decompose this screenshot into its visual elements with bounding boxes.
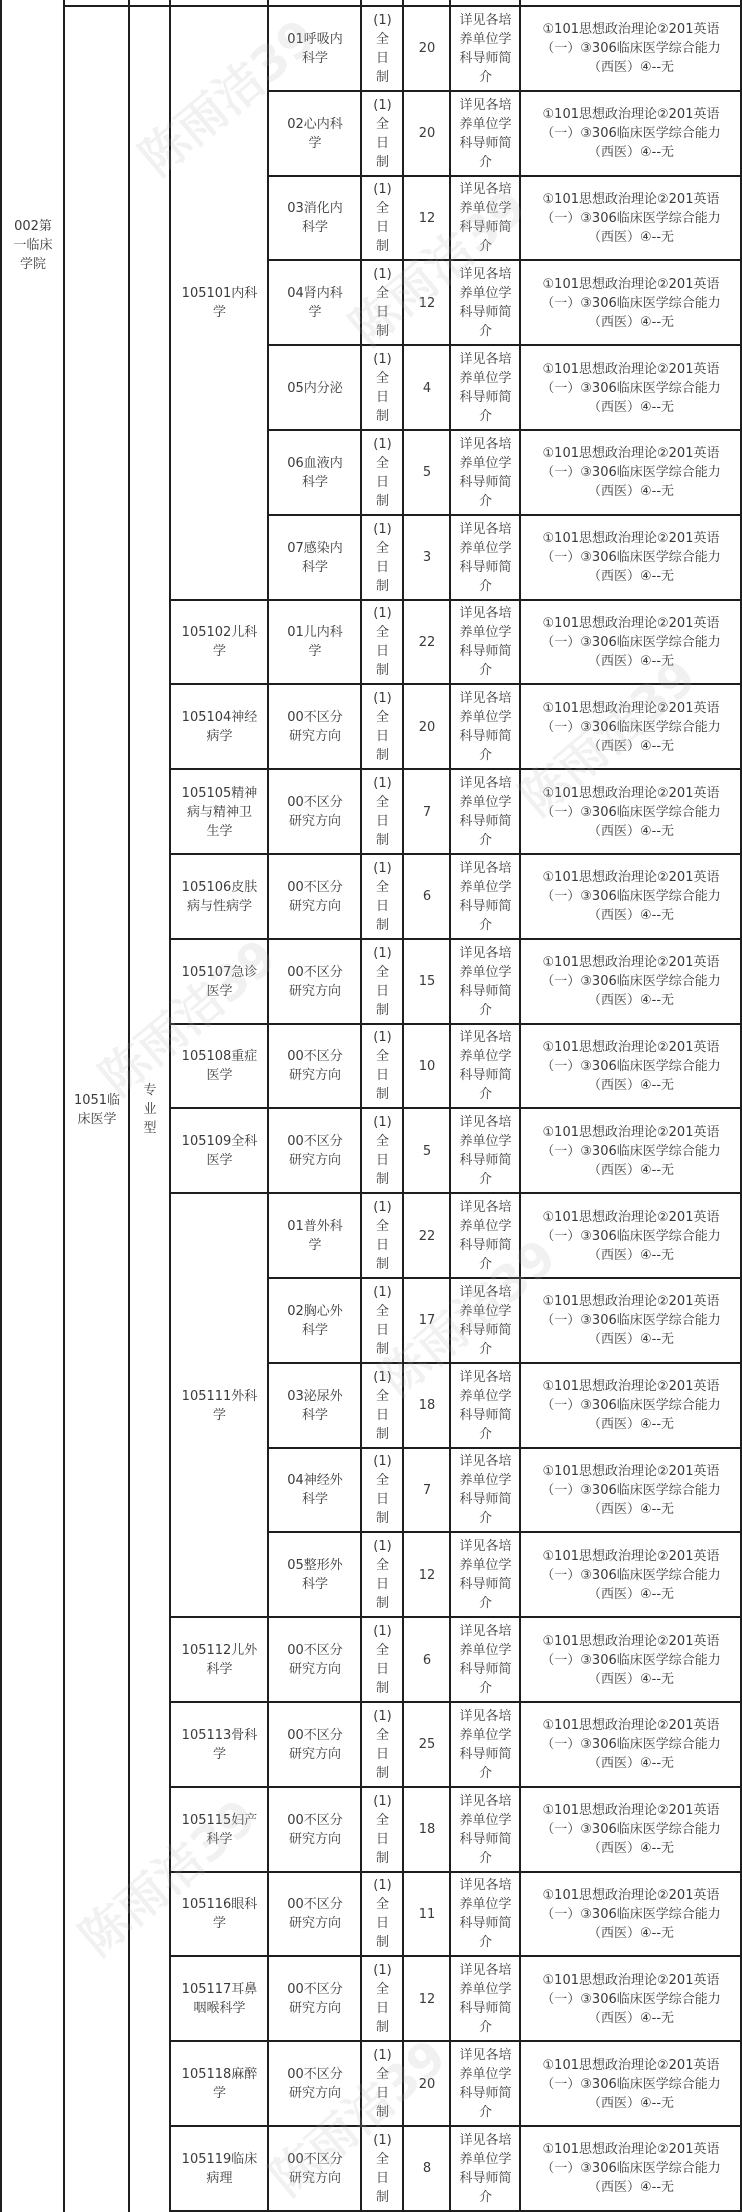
text-line: ①101思想政治理论②201英语 bbox=[543, 1971, 720, 1990]
quota-cell: 15 bbox=[404, 940, 450, 1024]
text-line: （一）③306临床医学综合能力 bbox=[541, 1057, 720, 1076]
text-line: (1) bbox=[373, 1368, 391, 1387]
text-line: ①101思想政治理论②201英语 bbox=[543, 1547, 720, 1566]
text-line: 详见各培 bbox=[459, 350, 511, 369]
direction-cell: 01普外科学 bbox=[269, 1194, 361, 1278]
text-line: 科导师简 bbox=[459, 812, 511, 831]
text-line: 介 bbox=[479, 1679, 492, 1698]
direction-cell: 00不区分研究方向 bbox=[269, 1788, 361, 1872]
supervisor-cell: 详见各培养单位学科导师简介 bbox=[451, 2127, 520, 2211]
quota-value: 12 bbox=[419, 209, 436, 228]
text-lines: 详见各培养单位学科导师简介 bbox=[459, 350, 511, 426]
text-line: （西医）④--无 bbox=[588, 58, 674, 77]
text-line: 105109全科 bbox=[182, 1132, 258, 1151]
text-lines: ①101思想政治理论②201英语（一）③306临床医学综合能力（西医）④--无 bbox=[541, 1038, 720, 1095]
quota-value: 10 bbox=[419, 1057, 436, 1076]
text-lines: 详见各培养单位学科导师简介 bbox=[459, 96, 511, 172]
study-mode-cell: (1)全日制 bbox=[362, 261, 403, 345]
text-line: 科导师简 bbox=[459, 1236, 511, 1255]
study-mode-cell: (1)全日制 bbox=[362, 685, 403, 769]
text-lines: 00不区分研究方向 bbox=[287, 1811, 343, 1849]
text-lines: (1)全日制 bbox=[373, 1537, 391, 1613]
text-line: ①101思想政治理论②201英语 bbox=[543, 2140, 720, 2159]
text-line: ①101思想政治理论②201英语 bbox=[543, 190, 720, 209]
text-lines: 专业型 bbox=[143, 1081, 156, 1138]
text-lines: 详见各培养单位学科导师简介 bbox=[459, 1537, 511, 1613]
text-line: 养单位学 bbox=[459, 539, 511, 558]
text-line: 养单位学 bbox=[459, 1217, 511, 1236]
text-line: (1) bbox=[373, 1622, 391, 1641]
text-line: 研究方向 bbox=[289, 1745, 341, 1764]
text-line: 科学 bbox=[302, 218, 328, 237]
text-line: 日 bbox=[376, 2084, 389, 2103]
text-lines: 详见各培养单位学科导师简介 bbox=[459, 11, 511, 87]
direction-cell: 01呼吸内科学 bbox=[269, 7, 361, 91]
text-line: 日 bbox=[376, 812, 389, 831]
major-cell: 105106皮肤病与性病学 bbox=[171, 855, 268, 939]
text-line: 科导师简 bbox=[459, 1745, 511, 1764]
text-line: 病与性病学 bbox=[187, 897, 252, 916]
text-line: 科导师简 bbox=[459, 1830, 511, 1849]
text-line: 105108重症 bbox=[182, 1047, 258, 1066]
text-line: 详见各培 bbox=[459, 1707, 511, 1726]
text-line: 详见各培 bbox=[459, 689, 511, 708]
quota-cell: 22 bbox=[404, 601, 450, 685]
quota-cell: 12 bbox=[404, 1533, 450, 1617]
text-lines: 00不区分研究方向 bbox=[287, 2065, 343, 2103]
text-lines: 01普外科学 bbox=[287, 1217, 343, 1255]
text-lines: ①101思想政治理论②201英语（一）③306临床医学综合能力（西医）④--无 bbox=[541, 2056, 720, 2113]
text-line: （西医）④--无 bbox=[588, 1076, 674, 1095]
text-line: 00不区分 bbox=[287, 2150, 343, 2169]
text-line: 制 bbox=[376, 1255, 389, 1274]
text-line: 科导师简 bbox=[459, 1321, 511, 1340]
exam-subjects-cell: ①101思想政治理论②201英语（一）③306临床医学综合能力（西医）④--无 bbox=[521, 516, 741, 600]
text-line: 全 bbox=[376, 454, 389, 473]
text-lines: (1)全日制 bbox=[373, 520, 391, 596]
text-line: 学 bbox=[213, 1745, 226, 1764]
text-line: （一）③306临床医学综合能力 bbox=[541, 972, 720, 991]
text-line: 制 bbox=[376, 153, 389, 172]
text-line: （西医）④--无 bbox=[588, 652, 674, 671]
text-line: ①101思想政治理论②201英语 bbox=[543, 1462, 720, 1481]
text-lines: 02胸心外科学 bbox=[287, 1302, 343, 1340]
supervisor-cell: 详见各培养单位学科导师简介 bbox=[451, 1194, 520, 1278]
text-line: ①101思想政治理论②201英语 bbox=[543, 360, 720, 379]
quota-value: 20 bbox=[419, 39, 436, 58]
text-line: 科导师简 bbox=[459, 1660, 511, 1679]
study-mode-cell: (1)全日制 bbox=[362, 431, 403, 515]
text-line: 介 bbox=[479, 1849, 492, 1868]
exam-subjects-cell: ①101思想政治理论②201英语（一）③306临床医学综合能力（西医）④--无 bbox=[521, 177, 741, 261]
text-line: 00不区分 bbox=[287, 1980, 343, 1999]
text-line: 1051临 bbox=[74, 1091, 120, 1110]
text-line: ①101思想政治理论②201英语 bbox=[543, 275, 720, 294]
major-cell: 105113骨科学 bbox=[171, 1703, 268, 1787]
exam-subjects-cell: ①101思想政治理论②201英语（一）③306临床医学综合能力（西医）④--无 bbox=[521, 431, 741, 515]
text-line: （西医）④--无 bbox=[588, 1500, 674, 1519]
quota-value: 20 bbox=[419, 718, 436, 737]
quota-cell: 20 bbox=[404, 92, 450, 176]
study-mode-cell: (1)全日制 bbox=[362, 346, 403, 430]
exam-subjects-cell: ①101思想政治理论②201英语（一）③306临床医学综合能力（西医）④--无 bbox=[521, 1109, 741, 1193]
text-line: 研究方向 bbox=[289, 1914, 341, 1933]
text-lines: 05内分泌 bbox=[287, 379, 343, 398]
text-line: (1) bbox=[373, 520, 391, 539]
direction-cell: 05整形外科学 bbox=[269, 1533, 361, 1617]
text-lines: 002第一临床学院 bbox=[13, 217, 52, 274]
text-lines: (1)全日制 bbox=[373, 11, 391, 87]
text-line: (1) bbox=[373, 1961, 391, 1980]
text-lines: (1)全日制 bbox=[373, 1283, 391, 1359]
text-line: 科学 bbox=[302, 473, 328, 492]
major-cell: 105104神经病学 bbox=[171, 685, 268, 769]
text-lines: (1)全日制 bbox=[373, 1368, 391, 1444]
quota-cell: 4 bbox=[404, 346, 450, 430]
text-lines: 详见各培养单位学科导师简介 bbox=[459, 1876, 511, 1952]
text-line: （一）③306临床医学综合能力 bbox=[541, 124, 720, 143]
text-line: （西医）④--无 bbox=[588, 2009, 674, 2028]
text-line: 105102儿科 bbox=[182, 623, 258, 642]
exam-subjects-cell: ①101思想政治理论②201英语（一）③306临床医学综合能力（西医）④--无 bbox=[521, 346, 741, 430]
text-lines: (1)全日制 bbox=[373, 1961, 391, 2037]
text-line: 日 bbox=[376, 218, 389, 237]
text-line: 详见各培 bbox=[459, 180, 511, 199]
supervisor-cell: 详见各培养单位学科导师简介 bbox=[451, 855, 520, 939]
supervisor-cell: 详见各培养单位学科导师简介 bbox=[451, 516, 520, 600]
text-line: （一）③306临床医学综合能力 bbox=[541, 548, 720, 567]
text-line: 00不区分 bbox=[287, 1132, 343, 1151]
quota-value: 17 bbox=[419, 1311, 436, 1330]
study-mode-cell: (1)全日制 bbox=[362, 7, 403, 91]
text-line: 全 bbox=[376, 963, 389, 982]
text-line: 日 bbox=[376, 134, 389, 153]
text-line: 03消化内 bbox=[287, 199, 343, 218]
text-line: 一临床 bbox=[13, 236, 52, 255]
exam-subjects-cell: ①101思想政治理论②201英语（一）③306临床医学综合能力（西医）④--无 bbox=[521, 1957, 741, 2041]
text-line: 养单位学 bbox=[459, 1302, 511, 1321]
text-line: 科导师简 bbox=[459, 473, 511, 492]
study-mode-cell: (1)全日制 bbox=[362, 1618, 403, 1702]
text-line: 详见各培 bbox=[459, 1452, 511, 1471]
text-line: 养单位学 bbox=[459, 1556, 511, 1575]
study-mode-cell: (1)全日制 bbox=[362, 2042, 403, 2126]
text-line: 详见各培 bbox=[459, 1537, 511, 1556]
text-line: (1) bbox=[373, 435, 391, 454]
text-line: 日 bbox=[376, 642, 389, 661]
text-line: 介 bbox=[479, 68, 492, 87]
text-line: 全 bbox=[376, 369, 389, 388]
supervisor-cell: 详见各培养单位学科导师简介 bbox=[451, 92, 520, 176]
text-line: 制 bbox=[376, 661, 389, 680]
exam-subjects-cell: ①101思想政治理论②201英语（一）③306临床医学综合能力（西医）④--无 bbox=[521, 1873, 741, 1957]
text-line: （一）③306临床医学综合能力 bbox=[541, 463, 720, 482]
study-mode-cell: (1)全日制 bbox=[362, 1873, 403, 1957]
text-line: 科导师简 bbox=[459, 1999, 511, 2018]
quota-value: 5 bbox=[423, 463, 431, 482]
text-lines: 详见各培养单位学科导师简介 bbox=[459, 435, 511, 511]
text-line: 养单位学 bbox=[459, 369, 511, 388]
study-mode-cell: (1)全日制 bbox=[362, 855, 403, 939]
text-line: 全 bbox=[376, 1980, 389, 1999]
text-line: 00不区分 bbox=[287, 1811, 343, 1830]
text-line: (1) bbox=[373, 859, 391, 878]
text-line: （一）③306临床医学综合能力 bbox=[541, 1227, 720, 1246]
text-line: 详见各培 bbox=[459, 1961, 511, 1980]
study-mode-cell: (1)全日制 bbox=[362, 177, 403, 261]
text-lines: ①101思想政治理论②201英语（一）③306临床医学综合能力（西医）④--无 bbox=[541, 529, 720, 586]
text-line: 制 bbox=[376, 492, 389, 511]
text-lines: ①101思想政治理论②201英语（一）③306临床医学综合能力（西医）④--无 bbox=[541, 868, 720, 925]
exam-subjects-cell: ①101思想政治理论②201英语（一）③306临床医学综合能力（西医）④--无 bbox=[521, 2042, 741, 2126]
text-line: 105117耳鼻 bbox=[182, 1980, 258, 1999]
text-line: 科学 bbox=[302, 558, 328, 577]
text-line: 研究方向 bbox=[289, 1151, 341, 1170]
text-line: 介 bbox=[479, 2103, 492, 2122]
text-line: 详见各培 bbox=[459, 1113, 511, 1132]
text-line: (1) bbox=[373, 1028, 391, 1047]
quota-value: 20 bbox=[419, 124, 436, 143]
text-line: （西医）④--无 bbox=[588, 822, 674, 841]
text-lines: 详见各培养单位学科导师简介 bbox=[459, 1961, 511, 2037]
text-line: （一）③306临床医学综合能力 bbox=[541, 1142, 720, 1161]
text-line: 科学 bbox=[302, 49, 328, 68]
text-line: 105105精神 bbox=[182, 784, 258, 803]
text-line: 科导师简 bbox=[459, 388, 511, 407]
supervisor-cell: 详见各培养单位学科导师简介 bbox=[451, 770, 520, 854]
quota-cell: 12 bbox=[404, 1957, 450, 2041]
text-line: 02胸心外 bbox=[287, 1302, 343, 1321]
quota-cell: 6 bbox=[404, 1618, 450, 1702]
text-line: 研究方向 bbox=[289, 2084, 341, 2103]
study-mode-cell: (1)全日制 bbox=[362, 1109, 403, 1193]
exam-subjects-cell: ①101思想政治理论②201英语（一）③306临床医学综合能力（西医）④--无 bbox=[521, 92, 741, 176]
text-line: 养单位学 bbox=[459, 708, 511, 727]
text-lines: 00不区分研究方向 bbox=[287, 2150, 343, 2188]
text-lines: ①101思想政治理论②201英语（一）③306临床医学综合能力（西医）④--无 bbox=[541, 2140, 720, 2197]
study-mode-cell: (1)全日制 bbox=[362, 940, 403, 1024]
text-lines: ①101思想政治理论②201英语（一）③306临床医学综合能力（西医）④--无 bbox=[541, 1123, 720, 1180]
text-line: (1) bbox=[373, 774, 391, 793]
text-line: （西医）④--无 bbox=[588, 1415, 674, 1434]
text-line: 00不区分 bbox=[287, 878, 343, 897]
text-line: 日 bbox=[376, 1745, 389, 1764]
direction-cell: 00不区分研究方向 bbox=[269, 1703, 361, 1787]
text-lines: 详见各培养单位学科导师简介 bbox=[459, 2046, 511, 2122]
text-lines: 06血液内科学 bbox=[287, 454, 343, 492]
text-line: 养单位学 bbox=[459, 30, 511, 49]
quota-cell: 20 bbox=[404, 2042, 450, 2126]
text-line: 全 bbox=[376, 1302, 389, 1321]
text-line: 养单位学 bbox=[459, 1641, 511, 1660]
text-lines: 详见各培养单位学科导师简介 bbox=[459, 689, 511, 765]
text-lines: (1)全日制 bbox=[373, 1876, 391, 1952]
text-line: （一）③306临床医学综合能力 bbox=[541, 379, 720, 398]
direction-cell: 02胸心外科学 bbox=[269, 1279, 361, 1363]
text-line: ①101思想政治理论②201英语 bbox=[543, 529, 720, 548]
text-lines: 105115妇产科学 bbox=[182, 1811, 258, 1849]
major-cell: 105101内科学 bbox=[171, 7, 268, 600]
text-lines: 05整形外科学 bbox=[287, 1556, 343, 1594]
text-line: （一）③306临床医学综合能力 bbox=[541, 1396, 720, 1415]
text-line: 全 bbox=[376, 623, 389, 642]
text-lines: (1)全日制 bbox=[373, 180, 391, 256]
text-lines: 00不区分研究方向 bbox=[287, 1641, 343, 1679]
text-lines: 105107急诊医学 bbox=[182, 963, 258, 1001]
text-lines: ①101思想政治理论②201英语（一）③306临床医学综合能力（西医）④--无 bbox=[541, 699, 720, 756]
supervisor-cell: 详见各培养单位学科导师简介 bbox=[451, 346, 520, 430]
text-line: 00不区分 bbox=[287, 1726, 343, 1745]
text-lines: ①101思想政治理论②201英语（一）③306临床医学综合能力（西医）④--无 bbox=[541, 1292, 720, 1349]
major-cell: 105102儿科学 bbox=[171, 601, 268, 685]
text-line: 学 bbox=[213, 2084, 226, 2103]
text-line: （西医）④--无 bbox=[588, 2094, 674, 2113]
text-lines: 02心内科学 bbox=[287, 115, 343, 153]
text-line: 科学 bbox=[302, 1321, 328, 1340]
text-lines: ①101思想政治理论②201英语（一）③306临床医学综合能力（西医）④--无 bbox=[541, 614, 720, 671]
text-lines: (1)全日制 bbox=[373, 1198, 391, 1274]
text-line: 01呼吸内 bbox=[287, 30, 343, 49]
text-line: 介 bbox=[479, 237, 492, 256]
text-line: 介 bbox=[479, 2018, 492, 2037]
text-line: 全 bbox=[376, 30, 389, 49]
text-lines: 105111外科学 bbox=[182, 1387, 258, 1425]
text-line: 详见各培 bbox=[459, 1198, 511, 1217]
text-lines: ①101思想政治理论②201英语（一）③306临床医学综合能力（西医）④--无 bbox=[541, 1886, 720, 1943]
quota-value: 11 bbox=[419, 1905, 436, 1924]
quota-cell: 18 bbox=[404, 1364, 450, 1448]
text-line: 制 bbox=[376, 1679, 389, 1698]
major-cell: 105112儿外科学 bbox=[171, 1618, 268, 1702]
text-lines: 00不区分研究方向 bbox=[287, 708, 343, 746]
text-line: 详见各培 bbox=[459, 265, 511, 284]
text-lines: 04神经外科学 bbox=[287, 1471, 343, 1509]
text-line: 详见各培 bbox=[459, 1622, 511, 1641]
text-lines: 详见各培养单位学科导师简介 bbox=[459, 1792, 511, 1868]
direction-cell: 00不区分研究方向 bbox=[269, 770, 361, 854]
text-lines: 详见各培养单位学科导师简介 bbox=[459, 1113, 511, 1189]
text-line: 学院 bbox=[20, 255, 46, 274]
text-line: 105116眼科 bbox=[182, 1895, 258, 1914]
text-line: 研究方向 bbox=[289, 1066, 341, 1085]
text-line: （西医）④--无 bbox=[588, 1839, 674, 1858]
text-line: ①101思想政治理论②201英语 bbox=[543, 2056, 720, 2075]
text-line: 养单位学 bbox=[459, 2150, 511, 2169]
discipline-cell: 1051临床医学 bbox=[65, 7, 129, 2212]
text-line: ①101思想政治理论②201英语 bbox=[543, 953, 720, 972]
exam-subjects-cell: ①101思想政治理论②201英语（一）③306临床医学综合能力（西医）④--无 bbox=[521, 601, 741, 685]
text-line: 科学 bbox=[206, 1830, 232, 1849]
text-line: （一）③306临床医学综合能力 bbox=[541, 1566, 720, 1585]
text-lines: 105102儿科学 bbox=[182, 623, 258, 661]
text-line: 00不区分 bbox=[287, 1641, 343, 1660]
text-line: 养单位学 bbox=[459, 2065, 511, 2084]
text-line: （西医）④--无 bbox=[588, 398, 674, 417]
text-line: (1) bbox=[373, 1876, 391, 1895]
text-lines: (1)全日制 bbox=[373, 1028, 391, 1104]
text-line: 介 bbox=[479, 1594, 492, 1613]
text-line: 医学 bbox=[206, 1151, 232, 1170]
exam-subjects-cell: ①101思想政治理论②201英语（一）③306临床医学综合能力（西医）④--无 bbox=[521, 1533, 741, 1617]
text-line: 制 bbox=[376, 1933, 389, 1952]
text-lines: 01儿内科学 bbox=[287, 623, 343, 661]
text-line: 学 bbox=[213, 1914, 226, 1933]
text-line: 科导师简 bbox=[459, 49, 511, 68]
text-line: 介 bbox=[479, 1425, 492, 1444]
text-line: ①101思想政治理论②201英语 bbox=[543, 1801, 720, 1820]
text-line: 科学 bbox=[302, 1406, 328, 1425]
text-lines: ①101思想政治理论②201英语（一）③306临床医学综合能力（西医）④--无 bbox=[541, 1208, 720, 1265]
text-lines: (1)全日制 bbox=[373, 944, 391, 1020]
direction-cell: 00不区分研究方向 bbox=[269, 1109, 361, 1193]
text-lines: 105105精神病与精神卫生学 bbox=[182, 784, 258, 841]
major-cell: 105109全科医学 bbox=[171, 1109, 268, 1193]
text-lines: (1)全日制 bbox=[373, 689, 391, 765]
text-lines: 详见各培养单位学科导师简介 bbox=[459, 1707, 511, 1783]
text-lines: ①101思想政治理论②201英语（一）③306临床医学综合能力（西医）④--无 bbox=[541, 20, 720, 77]
text-lines: ①101思想政治理论②201英语（一）③306临床医学综合能力（西医）④--无 bbox=[541, 1801, 720, 1858]
text-lines: 07感染内科学 bbox=[287, 539, 343, 577]
quota-value: 20 bbox=[419, 2075, 436, 2094]
text-line: (1) bbox=[373, 265, 391, 284]
text-line: 全 bbox=[376, 1726, 389, 1745]
text-line: 科导师简 bbox=[459, 2084, 511, 2103]
text-line: ①101思想政治理论②201英语 bbox=[543, 20, 720, 39]
text-line: 制 bbox=[376, 237, 389, 256]
text-line: 制 bbox=[376, 916, 389, 935]
text-line: 介 bbox=[479, 1933, 492, 1952]
text-line: 介 bbox=[479, 1340, 492, 1359]
supervisor-cell: 详见各培养单位学科导师简介 bbox=[451, 1109, 520, 1193]
text-lines: ①101思想政治理论②201英语（一）③306临床医学综合能力（西医）④--无 bbox=[541, 1462, 720, 1519]
text-line: （西医）④--无 bbox=[588, 482, 674, 501]
text-lines: 详见各培养单位学科导师简介 bbox=[459, 774, 511, 850]
text-line: 科导师简 bbox=[459, 1575, 511, 1594]
text-line: ①101思想政治理论②201英语 bbox=[543, 614, 720, 633]
text-line: 介 bbox=[479, 407, 492, 426]
text-line: 介 bbox=[479, 153, 492, 172]
study-mode-cell: (1)全日制 bbox=[362, 1788, 403, 1872]
text-line: 科导师简 bbox=[459, 558, 511, 577]
text-line: 研究方向 bbox=[289, 1830, 341, 1849]
study-mode-cell: (1)全日制 bbox=[362, 770, 403, 854]
text-lines: 00不区分研究方向 bbox=[287, 793, 343, 831]
text-line: 105106皮肤 bbox=[182, 878, 258, 897]
text-line: 养单位学 bbox=[459, 1047, 511, 1066]
text-lines: 详见各培养单位学科导师简介 bbox=[459, 2131, 511, 2207]
text-line: 科学 bbox=[302, 1490, 328, 1509]
text-lines: 00不区分研究方向 bbox=[287, 1132, 343, 1170]
text-lines: 00不区分研究方向 bbox=[287, 1047, 343, 1085]
direction-cell: 00不区分研究方向 bbox=[269, 685, 361, 769]
study-mode-cell: (1)全日制 bbox=[362, 516, 403, 600]
text-line: ①101思想政治理论②201英语 bbox=[543, 1377, 720, 1396]
text-line: 养单位学 bbox=[459, 878, 511, 897]
text-line: 105104神经 bbox=[182, 708, 258, 727]
text-lines: (1)全日制 bbox=[373, 604, 391, 680]
quota-cell: 17 bbox=[404, 1279, 450, 1363]
direction-cell: 02心内科学 bbox=[269, 92, 361, 176]
study-mode-cell: (1)全日制 bbox=[362, 2127, 403, 2211]
text-lines: ①101思想政治理论②201英语（一）③306临床医学综合能力（西医）④--无 bbox=[541, 444, 720, 501]
text-line: 02心内科 bbox=[287, 115, 343, 134]
quota-value: 6 bbox=[423, 1651, 431, 1670]
quota-value: 15 bbox=[419, 972, 436, 991]
text-line: 制 bbox=[376, 1509, 389, 1528]
text-line: （一）③306临床医学综合能力 bbox=[541, 1990, 720, 2009]
text-line: 介 bbox=[479, 661, 492, 680]
text-line: 详见各培 bbox=[459, 944, 511, 963]
